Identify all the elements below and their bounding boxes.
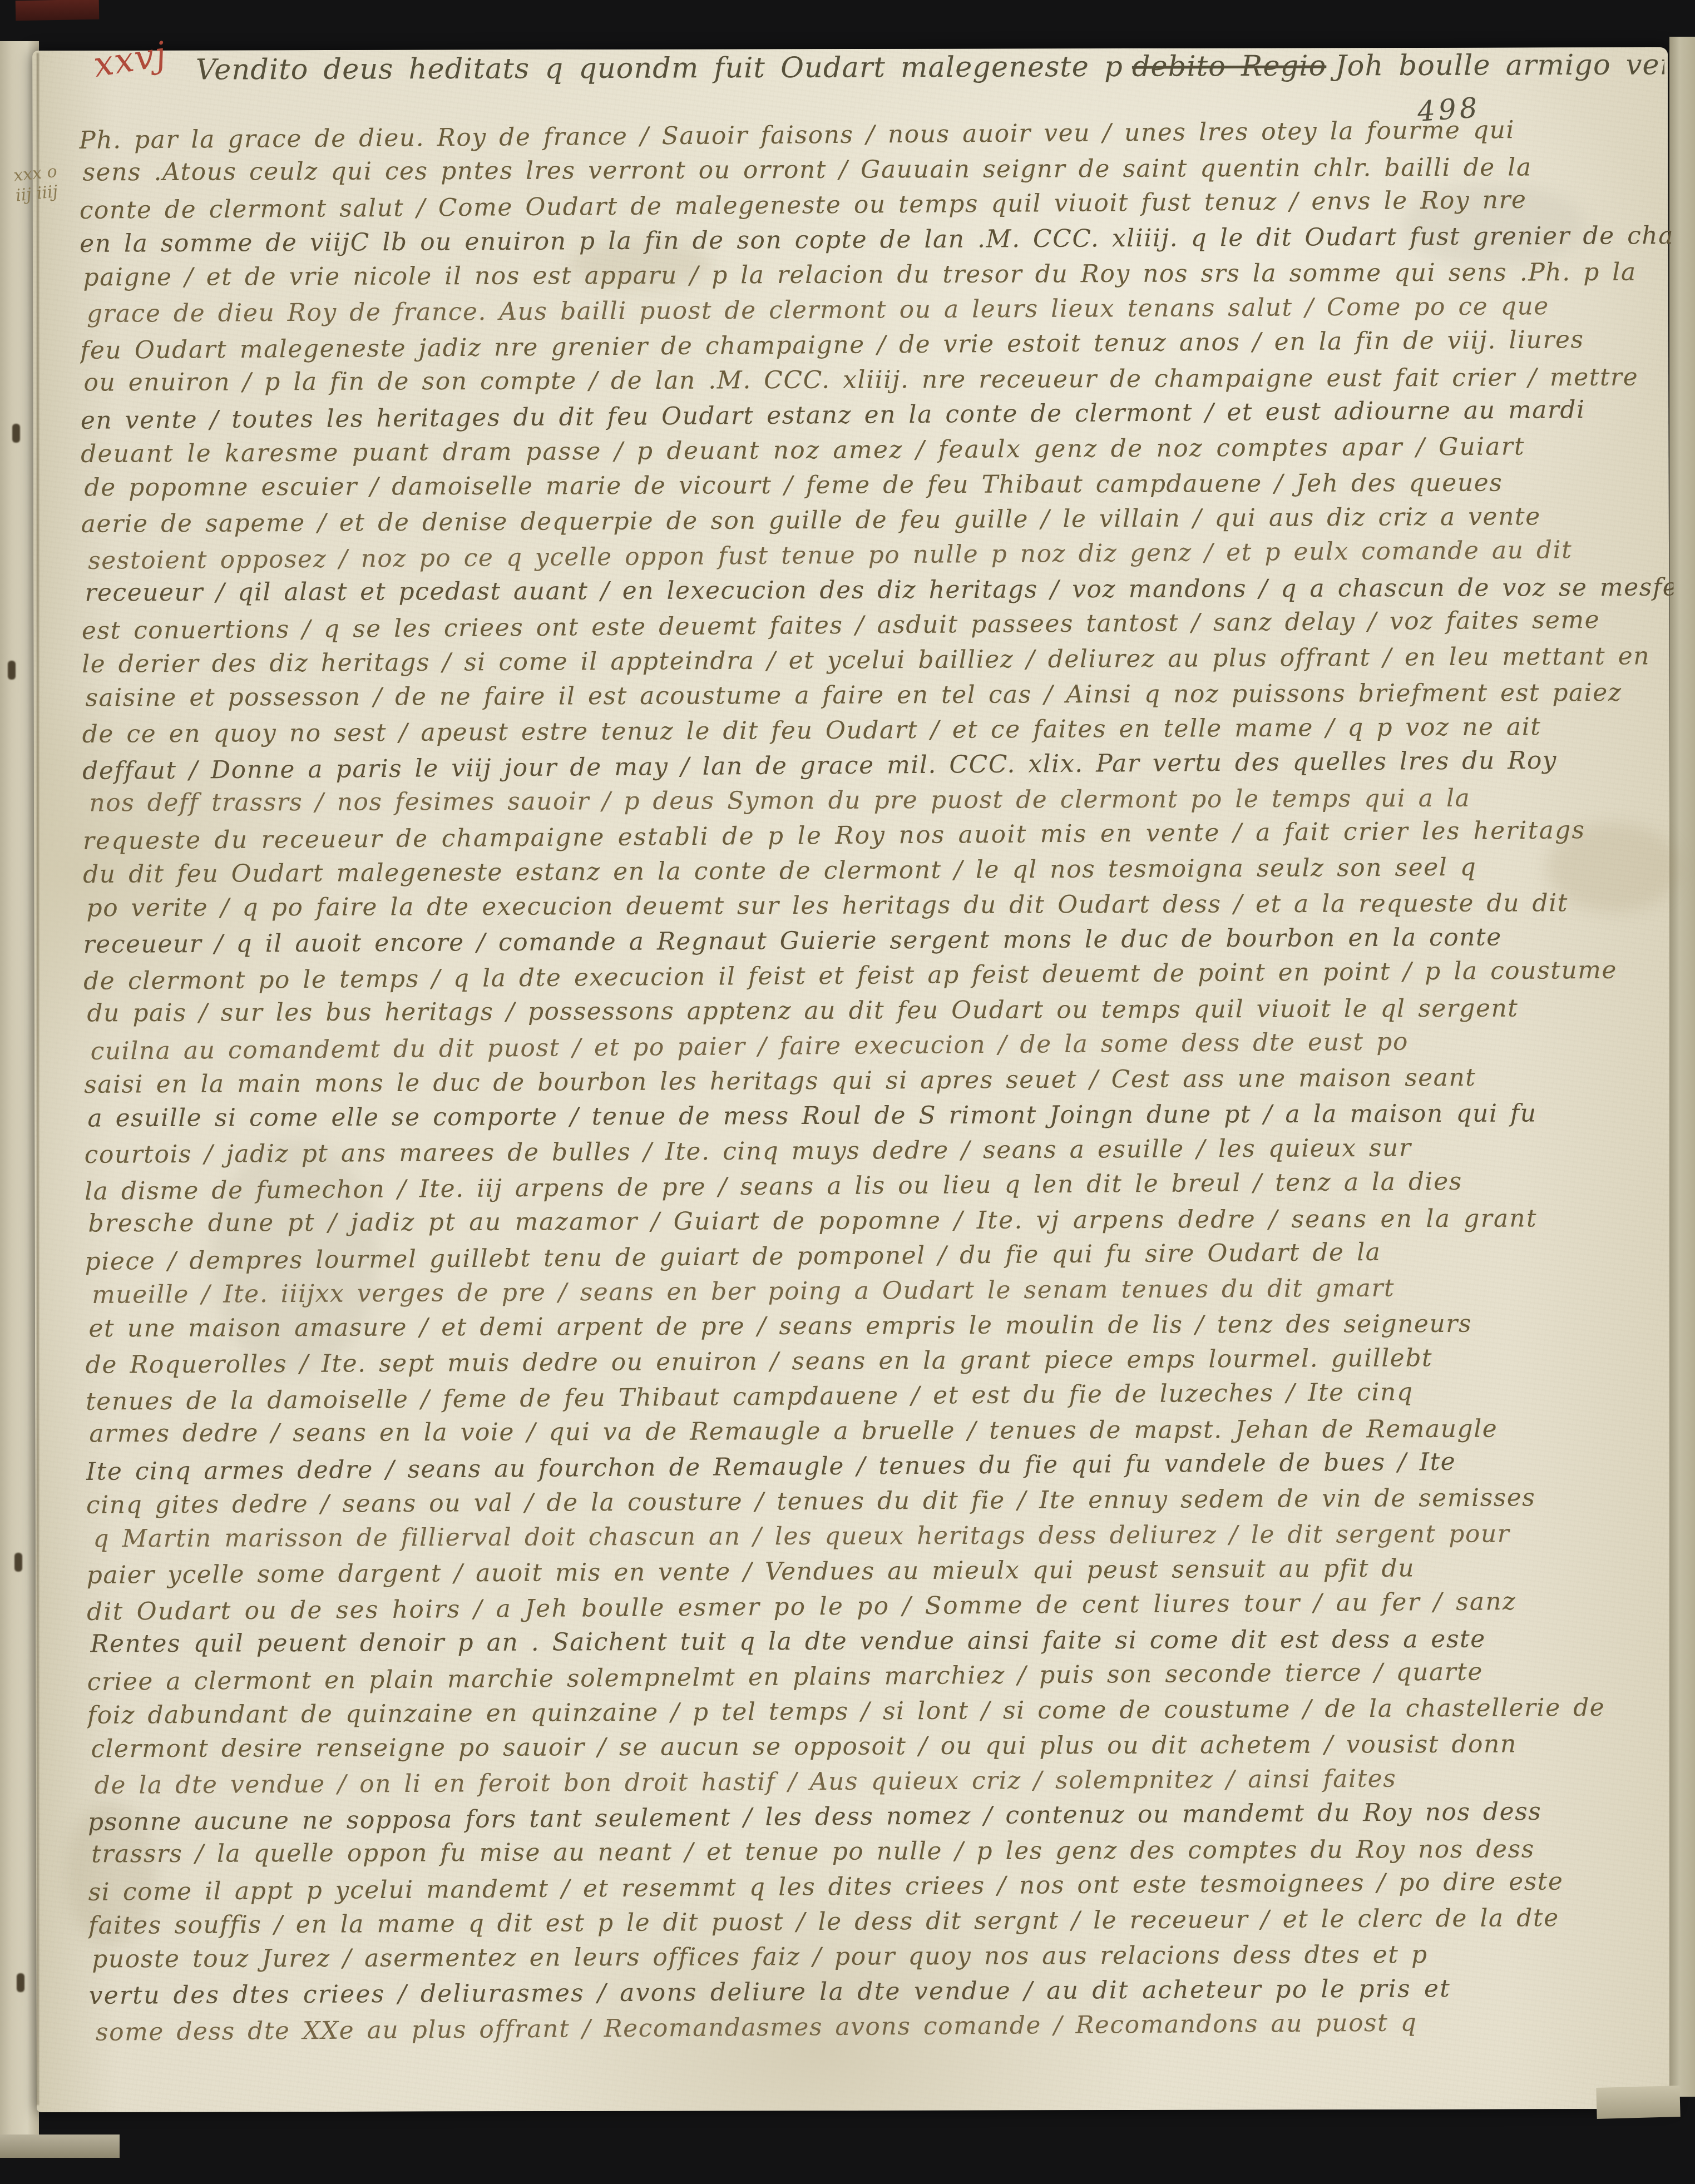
entry-heading: Vendito deus heditats q quondm fuit Ouda…	[196, 48, 1664, 86]
margin-note: xxx o iij iiij	[13, 159, 89, 206]
manuscript-text-block: Ph. par la grace de dieu. Roy de france …	[79, 113, 1681, 2048]
gutter-fold-crease	[37, 53, 39, 2105]
manuscript-line: puoste touz Jurez / asermentez en leurs …	[88, 1936, 1681, 1977]
manuscript-line: clermont desire renseigne po sauoir / se…	[87, 1726, 1679, 1766]
heading-text-pre: Vendito deus heditats q quondm fuit Ouda…	[196, 51, 1123, 87]
manuscript-line: po verite / q po faire la dte execucion …	[83, 885, 1675, 925]
underlying-folio-edge-bottom	[0, 2135, 120, 2158]
sewing-stitch	[12, 424, 20, 443]
manuscript-line: paigne / et de vrie nicole il nos est ap…	[80, 255, 1672, 295]
underlying-folio-corner	[1596, 2086, 1680, 2119]
sewing-stitch	[8, 661, 16, 680]
binding-leather-sliver	[16, 0, 100, 21]
manuscript-line: de popomne escuier / damoiselle marie de…	[81, 465, 1673, 506]
manuscript-line: a esuille si come elle se comporte / ten…	[84, 1095, 1676, 1136]
sewing-stitch	[14, 1553, 22, 1572]
sewing-stitch	[17, 1973, 24, 1992]
heading-struck-phrase: debito Regio	[1132, 50, 1327, 83]
manuscript-line: et une maison amasure / et demi arpent d…	[85, 1305, 1677, 1346]
manuscript-line: saisine et possesson / de ne faire il es…	[82, 675, 1674, 715]
manuscript-line: q Martin marisson de fillierval doit cha…	[86, 1516, 1678, 1556]
heading-text-post: Joh boulle armigo vendicatis	[1335, 48, 1664, 82]
scan-background: { "document": { "heading": { "pre": "Ven…	[0, 0, 1695, 2184]
